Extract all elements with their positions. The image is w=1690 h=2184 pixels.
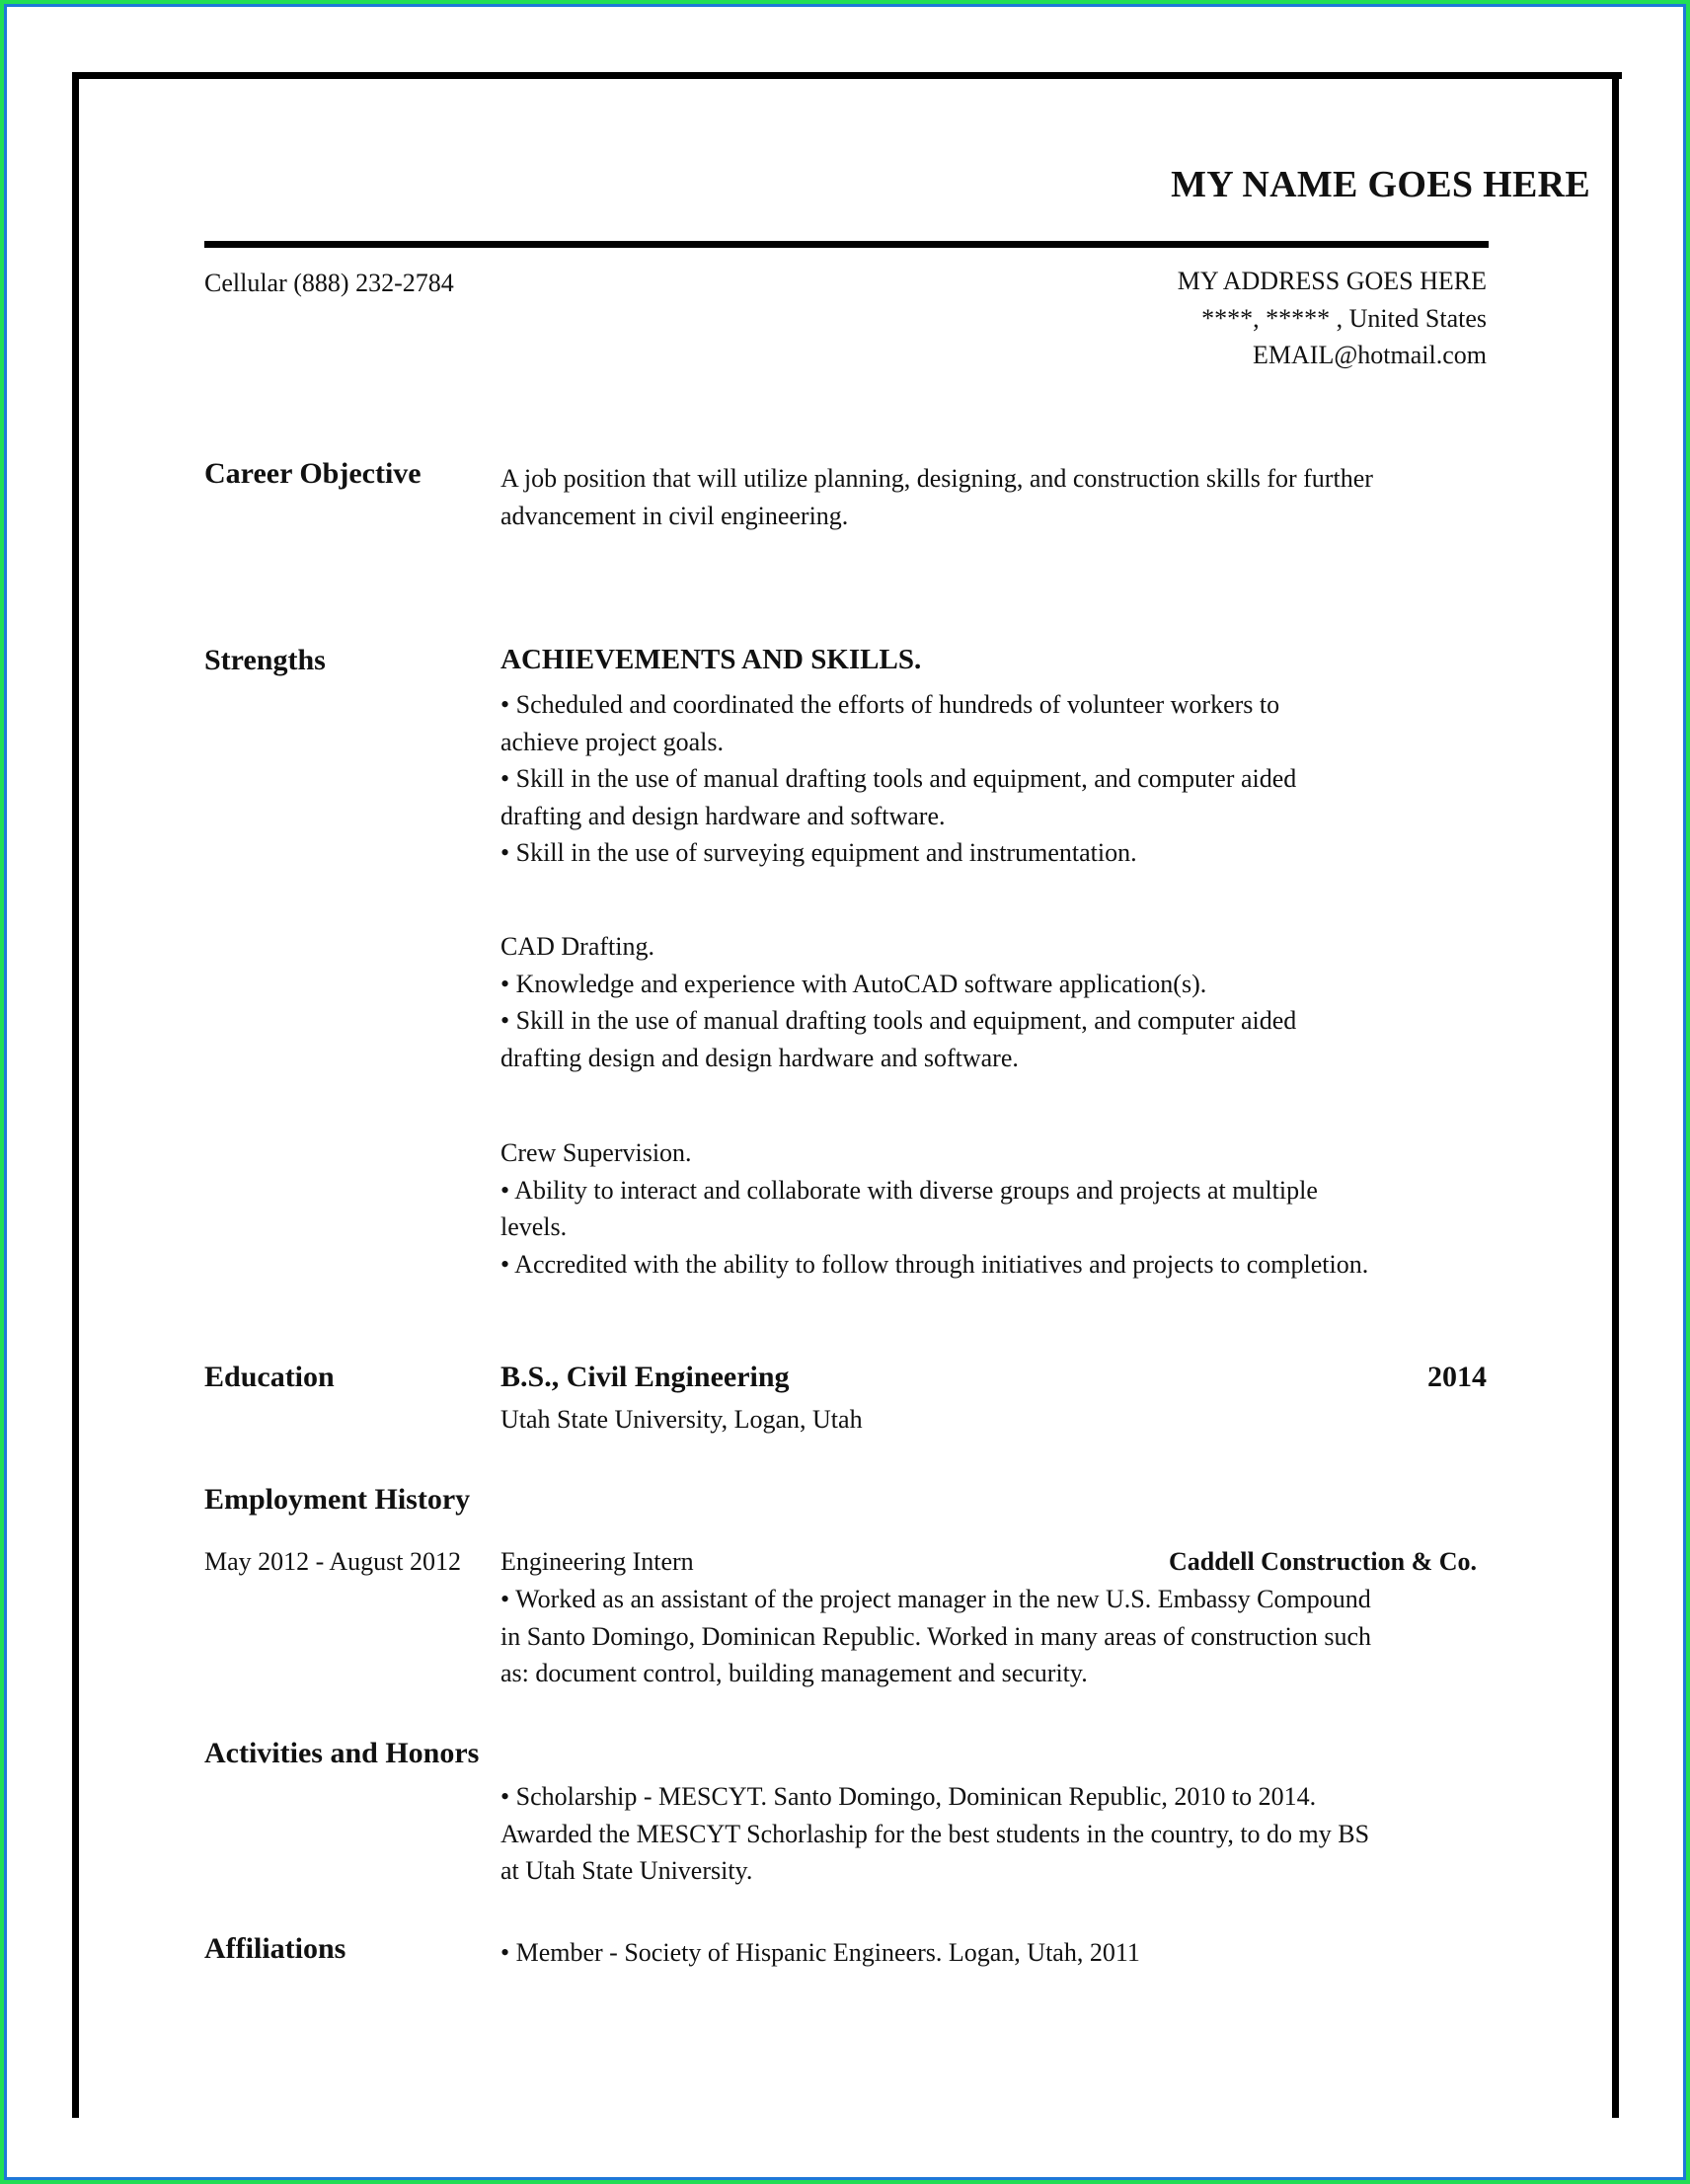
list-item: • Accredited with the ability to follow …	[500, 1246, 1368, 1284]
list-item: • Ability to interact and collaborate wi…	[500, 1172, 1368, 1209]
strengths-group-list: • Scheduled and coordinated the efforts …	[500, 686, 1296, 872]
section-label-affiliations: Affiliations	[204, 1930, 346, 1968]
strengths-group-cad: CAD Drafting. • Knowledge and experience…	[500, 928, 1296, 1076]
list-item: drafting design and design hardware and …	[500, 1040, 1296, 1077]
list-item: • Skill in the use of manual drafting to…	[500, 760, 1296, 798]
address-line: MY ADDRESS GOES HERE	[1178, 263, 1487, 300]
list-item: as: document control, building managemen…	[500, 1655, 1371, 1692]
strengths-group-crew: Crew Supervision. • Ability to interact …	[500, 1134, 1368, 1283]
list-item: levels.	[500, 1209, 1368, 1246]
list-item: • Skill in the use of surveying equipmen…	[500, 834, 1296, 872]
list-item: • Scholarship - MESCYT. Santo Domingo, D…	[500, 1778, 1369, 1816]
text-line: advancement in civil engineering.	[500, 498, 1373, 535]
section-label-strengths: Strengths	[204, 642, 326, 679]
address-line: EMAIL@hotmail.com	[1178, 337, 1487, 374]
strengths-group-title: ACHIEVEMENTS AND SKILLS.	[500, 642, 921, 679]
list-item: • Skill in the use of manual drafting to…	[500, 1002, 1296, 1040]
list-item: in Santo Domingo, Dominican Republic. Wo…	[500, 1618, 1371, 1656]
affiliations-item: • Member - Society of Hispanic Engineers…	[500, 1934, 1140, 1972]
education-year: 2014	[1427, 1359, 1487, 1396]
header-rule	[204, 241, 1489, 248]
list-item: achieve project goals.	[500, 724, 1296, 761]
education-school: Utah State University, Logan, Utah	[500, 1401, 863, 1439]
page-border-top	[72, 72, 1622, 79]
job-dates: May 2012 - August 2012	[204, 1543, 461, 1581]
page-border-right	[1612, 72, 1619, 2118]
list-item: • Knowledge and experience with AutoCAD …	[500, 966, 1296, 1003]
section-label-education: Education	[204, 1359, 335, 1396]
list-item: Awarded the MESCYT Schorlaship for the b…	[500, 1816, 1369, 1853]
section-label-activities: Activities and Honors	[204, 1735, 479, 1772]
job-title: Engineering Intern	[500, 1543, 694, 1581]
job-company: Caddell Construction & Co.	[1169, 1543, 1477, 1581]
page-border-left	[72, 72, 79, 2118]
education-degree: B.S., Civil Engineering	[500, 1359, 790, 1396]
section-label-career-objective: Career Objective	[204, 455, 422, 493]
list-item: at Utah State University.	[500, 1852, 1369, 1890]
resume-name: MY NAME GOES HERE	[1171, 163, 1590, 206]
list-item: • Scheduled and coordinated the efforts …	[500, 686, 1296, 724]
group-title: CAD Drafting.	[500, 928, 1296, 966]
activities-list: • Scholarship - MESCYT. Santo Domingo, D…	[500, 1778, 1369, 1890]
list-item: drafting and design hardware and softwar…	[500, 798, 1296, 835]
section-label-employment: Employment History	[204, 1481, 470, 1519]
job-description: • Worked as an assistant of the project …	[500, 1581, 1371, 1692]
career-objective-text: A job position that will utilize plannin…	[500, 460, 1373, 534]
text-line: A job position that will utilize plannin…	[500, 460, 1373, 498]
group-title: Crew Supervision.	[500, 1134, 1368, 1172]
phone: Cellular (888) 232-2784	[204, 265, 454, 302]
address-block: MY ADDRESS GOES HERE ****, ***** , Unite…	[1178, 263, 1487, 374]
address-line: ****, ***** , United States	[1178, 300, 1487, 338]
list-item: • Worked as an assistant of the project …	[500, 1581, 1371, 1618]
